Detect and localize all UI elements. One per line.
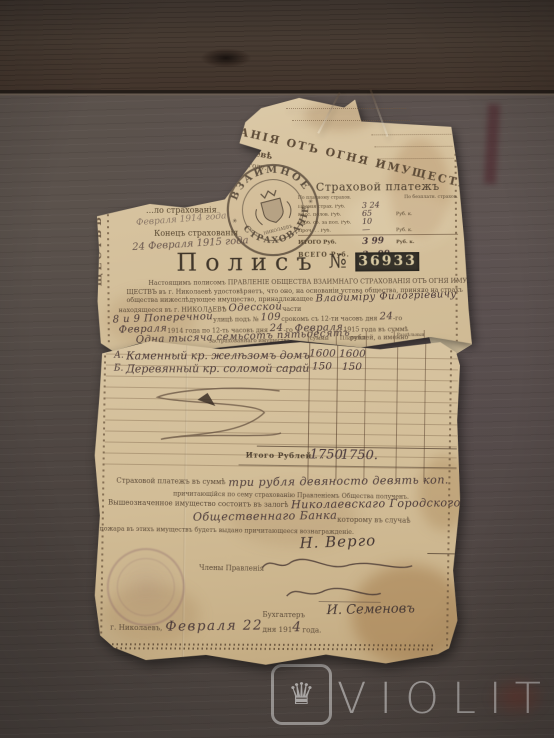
table-header-note: съ какого числа по [202,339,251,345]
wood-top-plank [0,0,554,92]
faded-round-stamp [106,548,185,627]
table-row: Б. Деревянный кр. соломой сарай [114,361,309,377]
printed-text: -го [393,315,402,322]
handwritten-text: Февраля [119,329,168,331]
payment-col-left: По платному страхов. [298,196,351,201]
handwritten-text: Одесской [228,307,282,309]
side-title-upper: ЩЕСТВЪ [93,202,105,286]
masthead-city-fragment: …олаевѣ [229,144,273,162]
left-perforation-lower [100,343,106,639]
left-perforation-upper [107,202,110,346]
table-col-extra: Раздѣльныя [397,333,425,338]
signature-bookkeeper: И. Семеновъ [326,601,415,618]
payment-itogo-row: ИТОГО Руб. 3 99 Руб. к. [298,234,458,247]
handwritten-text: Общественнаго Банка [193,516,337,518]
signature-director: Н. Верго [299,531,376,552]
payment-sum-line: Страховой платежъ въ суммѣ три рубля дев… [116,477,448,490]
policy-number: 36933 [356,252,420,271]
printed-text: улицѣ подъ № [213,316,261,323]
printed-text: г. Николаевъ, [110,623,165,633]
policy-title-row: Полисъ № 36933 [176,247,420,277]
row-payment: 150 [339,361,365,373]
payment-col-right: По безплатн. страхов. [404,195,458,200]
city-date-line: г. Николаевъ, Февраля 22 дня 1914 года. [110,623,321,635]
handwritten-text: три рубля девяносто девять коп. [228,480,448,483]
body-line-1: Настоящимъ полисомъ ПРАВЛЕНІЕ ОБЩЕСТВА В… [148,278,469,287]
signature-rule [427,553,457,554]
printed-text: Настоящимъ полисомъ ПРАВЛЕНІЕ ОБЩЕСТВА В… [148,278,469,287]
printed-text: общества нижеслѣдующее имущество, принад… [127,296,316,304]
total-payment: 1750. [341,448,378,464]
bookkeeper-label: Бухгалтеръ [262,611,305,620]
total-sum: 1750 [310,447,343,462]
numero-sign: № [329,251,347,273]
bottom-ornament-border [112,643,434,646]
pledge-line-2: Общественнаго Банка которому въ случаѣ [193,514,411,525]
row-payment: 1600 [339,348,365,360]
board-members-label: Члены Правленія [199,564,264,573]
cancellation-flourish [139,381,290,448]
printed-text: части [282,306,301,313]
printed-text: года. [302,625,321,634]
document-top-fold-scrap [268,84,438,148]
handwritten-text: Николаевскаго Городского [291,503,461,505]
document-lower-fragment: съ какого числа по А. Каменный кр. желѣз… [86,335,483,675]
policy-title: Полисъ [176,248,320,277]
handwritten-text: 8 и 9 Поперечной [113,317,213,320]
bottom-ornament-border [116,647,434,650]
row-sum: 1600 [309,347,335,359]
printed-text: Вышеозначенное имущество состоитъ въ зал… [108,499,291,510]
printed-text: Страховой платежъ въ суммѣ [116,477,228,487]
printed-text: дня 191 [262,625,292,634]
handwritten-text: 109 [261,318,281,319]
handwritten-text: Владиміру Филогріевичу [315,295,456,300]
row-sum: 150 [309,360,335,372]
printed-text: которому въ случаѣ [337,516,410,525]
body-line-3: общества нижеслѣдующее имущество, принад… [127,295,457,304]
handwritten-text: Февраля 22 [165,625,263,626]
payment-summary-title: Страховой платежъ [298,180,458,194]
brand-text: VIOLITY [337,674,554,724]
signature-member-1 [257,554,417,578]
photo-scene: АНІЯ ОТЪ ОГНЯ ИМУЩЕСТВЪ …олаевѣ …1884 го… [0,0,554,738]
crown-icon: ♛ [288,680,315,710]
